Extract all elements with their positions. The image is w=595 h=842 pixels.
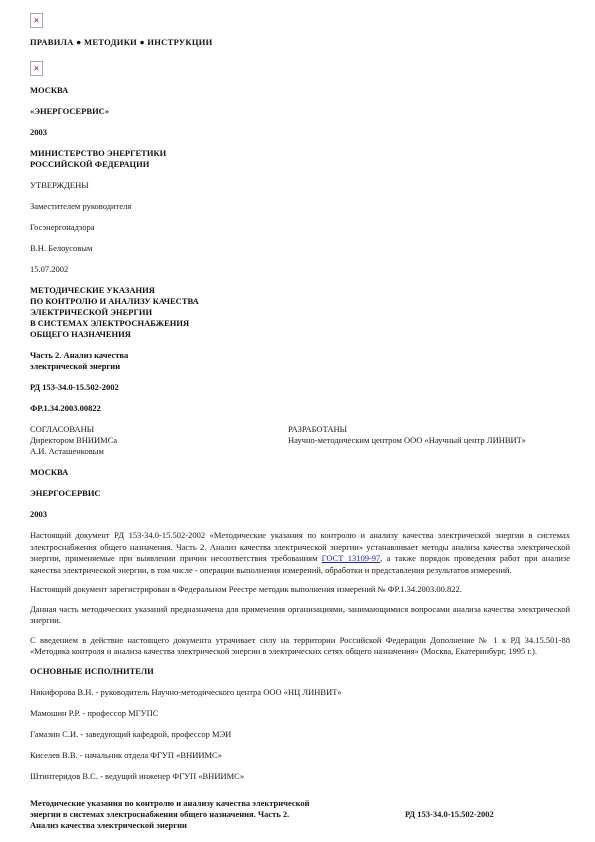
registry-number: ФР.1.34.2003.00822 [30, 403, 570, 414]
purpose-paragraph: Данная часть методических указаний предн… [30, 604, 570, 627]
document-part-title: Часть 2. Анализ качества электрической э… [30, 350, 570, 372]
supersedes-paragraph: С введением в действие настоящего докуме… [30, 635, 570, 658]
registration-paragraph: Настоящий документ зарегистрирован в Фед… [30, 584, 570, 596]
executor-item: Никифорова В.Н. - руководитель Научно-ме… [30, 687, 570, 698]
approval-date: 15.07.2002 [30, 264, 570, 275]
document-number: РД 153-34.0-15.502-2002 [30, 382, 570, 393]
page-footer: Методические указания по контролю и анал… [30, 798, 570, 831]
footer-doc-number: РД 153-34.0-15.502-2002 [405, 809, 494, 819]
document-title: МЕТОДИЧЕСКИЕ УКАЗАНИЯ ПО КОНТРОЛЮ И АНАЛ… [30, 285, 570, 340]
approved-label: УТВЕРЖДЕНЫ [30, 180, 570, 191]
scope-paragraph: Настоящий документ РД 153-34.0-15.502-20… [30, 530, 570, 576]
approved-by-line2: Госэнергонадзора [30, 222, 570, 233]
publisher-year-top: 2003 [30, 127, 570, 138]
broken-image-icon: × [30, 13, 43, 28]
executor-item: Киселев В.В. - начальник отдела ФГУП «ВН… [30, 750, 570, 761]
executor-item: Мамошин Р.Р. - профессор МГУПС [30, 708, 570, 719]
agreed-block: СОГЛАСОВАНЫ Директором ВНИИМСа А.И. Аста… [30, 424, 288, 457]
agreement-columns: СОГЛАСОВАНЫ Директором ВНИИМСа А.И. Аста… [30, 424, 570, 457]
gost-13109-97-link[interactable]: ГОСТ 13109-97 [322, 553, 381, 563]
approved-by-line1: Заместителем руководителя [30, 201, 570, 212]
publisher-name-bottom: ЭНЕРГОСЕРВИС [30, 488, 570, 499]
publisher-name-top: «ЭНЕРГОСЕРВИС» [30, 106, 570, 117]
publisher-year-bottom: 2003 [30, 509, 570, 520]
footer-running-title: Методические указания по контролю и анал… [30, 798, 375, 831]
publisher-city-top: МОСКВА [30, 85, 570, 96]
executor-item: Гамазин С.И. - заведующий кафедрой, проф… [30, 729, 570, 740]
publisher-city-bottom: МОСКВА [30, 467, 570, 478]
developed-block: РАЗРАБОТАНЫ Научно-методическим центром … [288, 424, 570, 457]
approver-name: В.Н. Белоусовым [30, 243, 570, 254]
broken-image-icon: × [30, 61, 43, 76]
series-strip-title: ПРАВИЛА ● МЕТОДИКИ ● ИНСТРУКЦИИ [30, 37, 570, 48]
document-page: × ПРАВИЛА ● МЕТОДИКИ ● ИНСТРУКЦИИ × МОСК… [0, 0, 595, 842]
ministry-name: МИНИСТЕРСТВО ЭНЕРГЕТИКИ РОССИЙСКОЙ ФЕДЕР… [30, 148, 570, 170]
executors-heading: ОСНОВНЫЕ ИСПОЛНИТЕЛИ [30, 666, 570, 677]
executor-item: Штинтеридов В.С. - ведущий инженер ФГУП … [30, 771, 570, 782]
